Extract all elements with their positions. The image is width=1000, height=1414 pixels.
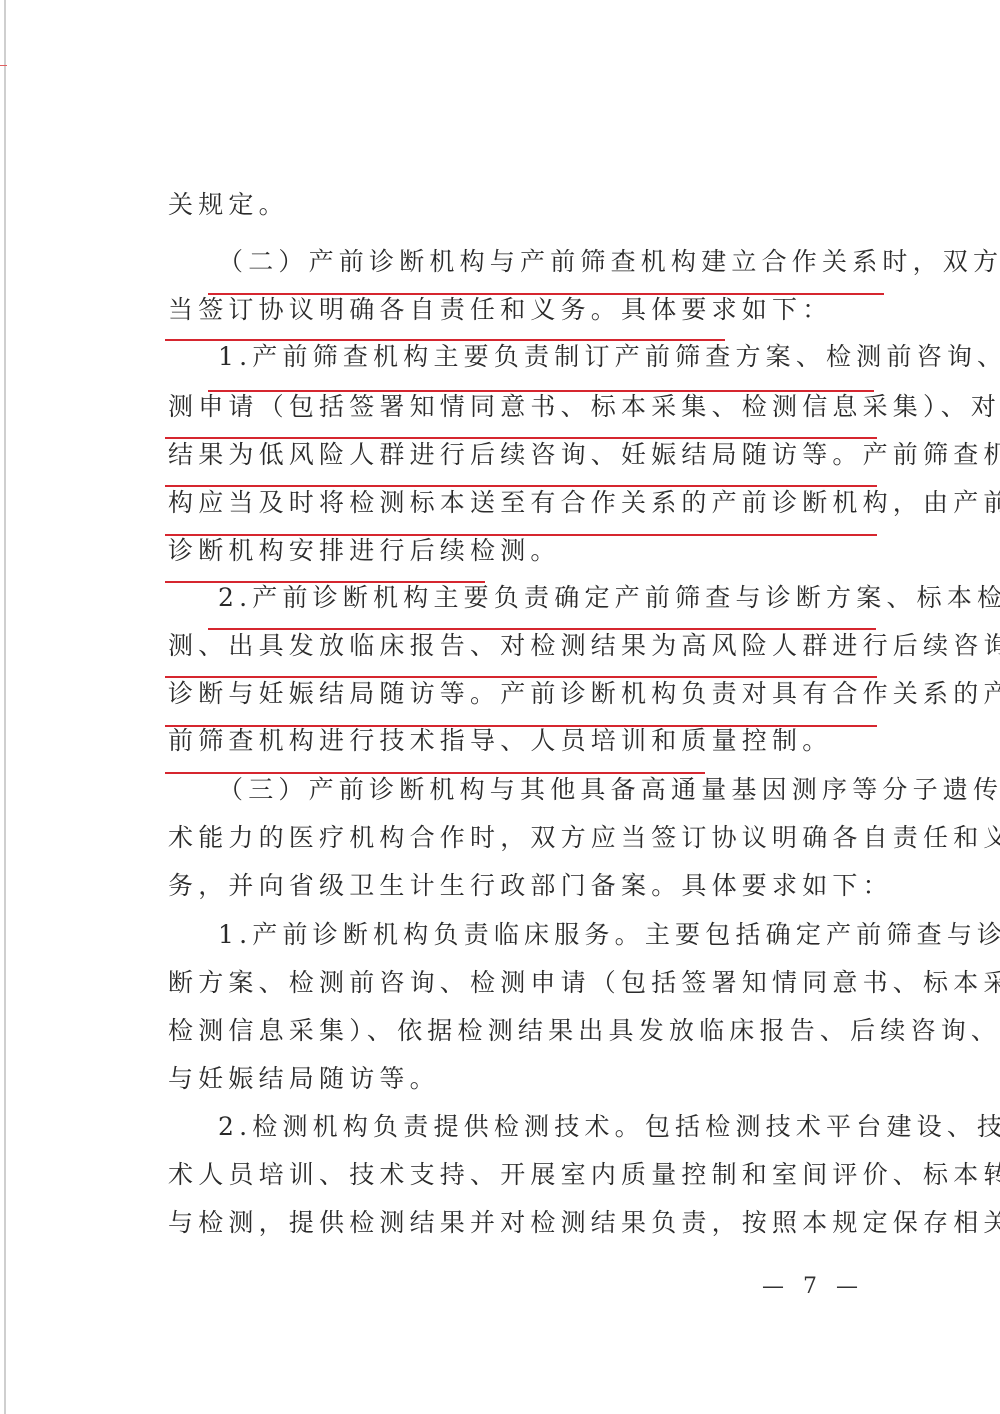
text-line: 当签订协议明确各自责任和义务。具体要求如下： (168, 293, 832, 327)
text-line: 与检测，提供检测结果并对检测结果负责，按照本规定保存相关 (168, 1206, 1000, 1240)
red-underline (208, 390, 874, 392)
red-underline (165, 485, 877, 487)
red-underline (165, 437, 877, 439)
text-line: 诊断与妊娠结局随访等。产前诊断机构负责对具有合作关系的产 (168, 677, 1000, 711)
text-line: 与妊娠结局随访等。 (168, 1062, 440, 1096)
text-line: 2.检测机构负责提供检测技术。包括检测技术平台建设、技 (218, 1110, 1000, 1144)
text-line: 结果为低风险人群进行后续咨询、妊娠结局随访等。产前筛查机 (168, 438, 1000, 472)
red-underline (165, 725, 877, 727)
red-underline (208, 628, 876, 630)
text-line: 2.产前诊断机构主要负责确定产前筛查与诊断方案、标本检 (218, 581, 1000, 615)
page-number: — 7 — (762, 1274, 864, 1299)
scan-edge-line (4, 0, 6, 1414)
text-line: 构应当及时将检测标本送至有合作关系的产前诊断机构，由产前 (168, 486, 1000, 520)
text-line: 术能力的医疗机构合作时，双方应当签订协议明确各自责任和义 (168, 821, 1000, 855)
red-underline (165, 772, 705, 774)
text-line: （三）产前诊断机构与其他具备高通量基因测序等分子遗传技 (218, 773, 1000, 807)
scan-edge-mark (0, 65, 7, 66)
red-underline (165, 676, 877, 678)
text-line: 务，并向省级卫生计生行政部门备案。具体要求如下： (168, 869, 893, 903)
red-underline (165, 339, 725, 341)
text-line: 断方案、检测前咨询、检测申请（包括签署知情同意书、标本采集、 (168, 966, 1000, 1000)
text-line: 检测信息采集）、依据检测结果出具发放临床报告、后续咨询、诊断 (168, 1014, 1000, 1048)
text-line: 测申请（包括签署知情同意书、标本采集、检测信息采集）、对检测 (168, 390, 1000, 424)
red-underline (165, 534, 877, 536)
text-line: 1.产前筛查机构主要负责制订产前筛查方案、检测前咨询、检 (218, 340, 1000, 374)
text-line: 诊断机构安排进行后续检测。 (168, 534, 561, 568)
text-line: （二）产前诊断机构与产前筛查机构建立合作关系时，双方应 (218, 245, 1000, 279)
text-line: 1.产前诊断机构负责临床服务。主要包括确定产前筛查与诊 (218, 918, 1000, 952)
red-underline (208, 293, 884, 295)
text-line: 术人员培训、技术支持、开展室内质量控制和室间评价、标本转运 (168, 1158, 1000, 1192)
text-line: 前筛查机构进行技术指导、人员培训和质量控制。 (168, 724, 832, 758)
text-line: 关规定。 (168, 188, 289, 222)
red-underline (165, 581, 485, 583)
text-line: 测、出具发放临床报告、对检测结果为高风险人群进行后续咨询、 (168, 629, 1000, 663)
